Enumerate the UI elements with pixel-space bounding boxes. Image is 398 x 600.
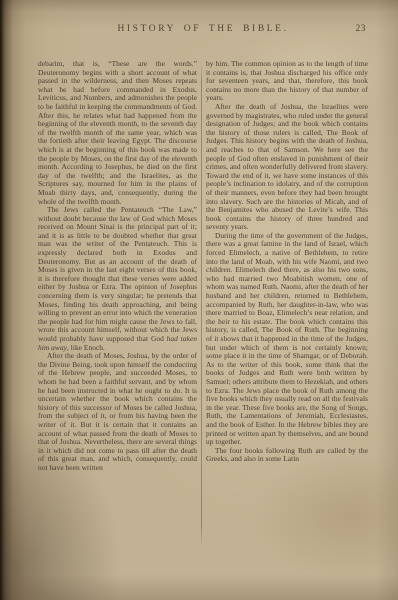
text-block: debarim, that is, “These are the words.”…	[38, 60, 368, 552]
scanned-book-page: { "colors": { "paper": "#c2b192", "ink":…	[0, 0, 398, 600]
page-title: HISTORY OF THE BIBLE.	[38, 24, 368, 34]
paragraph: by him. The common opinion as to the len…	[206, 60, 368, 103]
paragraph: The four books following Ruth are called…	[206, 447, 368, 464]
paragraph: debarim, that is, “These are the words.”…	[38, 60, 197, 206]
paragraph: During the time of the government of the…	[206, 232, 368, 447]
running-header: HISTORY OF THE BIBLE. 23	[38, 24, 368, 38]
paragraph: After the death of Moses, Joshua, by the…	[38, 352, 197, 472]
right-column: by him. The common opinion as to the len…	[206, 60, 368, 552]
left-column: debarim, that is, “These are the words.”…	[38, 60, 197, 552]
paragraph: The Jews called the Pentateuch “The Law,…	[38, 206, 197, 352]
page-number: 23	[356, 24, 367, 34]
paragraph: After the death of Joshua, the Israelite…	[206, 103, 368, 232]
column-divider	[201, 62, 202, 546]
